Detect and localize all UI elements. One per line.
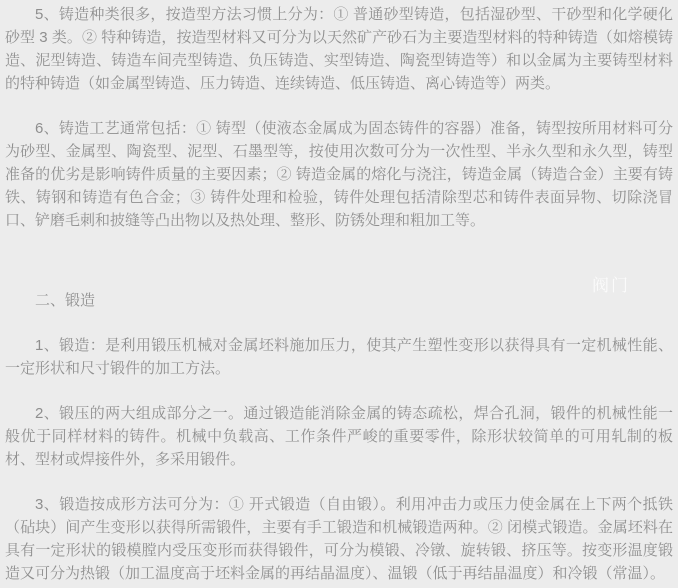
- section-heading-forging: 二、锻造: [5, 289, 673, 312]
- paragraph-casting-types: 5、铸造种类很多，按造型方法习惯上分为：① 普通砂型铸造，包括湿砂型、干砂型和化…: [5, 3, 673, 95]
- paragraph-forging-definition: 1、锻造：是利用锻压机械对金属坯料施加压力，使其产生塑性变形以获得具有一定机械性…: [5, 334, 673, 380]
- document-page: 5、铸造种类很多，按造型方法习惯上分为：① 普通砂型铸造，包括湿砂型、干砂型和化…: [0, 0, 678, 588]
- paragraph-forging-role: 2、锻压的两大组成部分之一。通过锻造能消除金属的铸态疏松，焊合孔洞，锻件的机械性…: [5, 402, 673, 471]
- paragraph-forging-methods: 3、锻造按成形方法可分为：① 开式锻造（自由锻）。利用冲击力或压力使金属在上下两…: [5, 493, 673, 585]
- paragraph-casting-process: 6、铸造工艺通常包括：① 铸型（使液态金属成为固态铸件的容器）准备，铸型按所用材…: [5, 117, 673, 232]
